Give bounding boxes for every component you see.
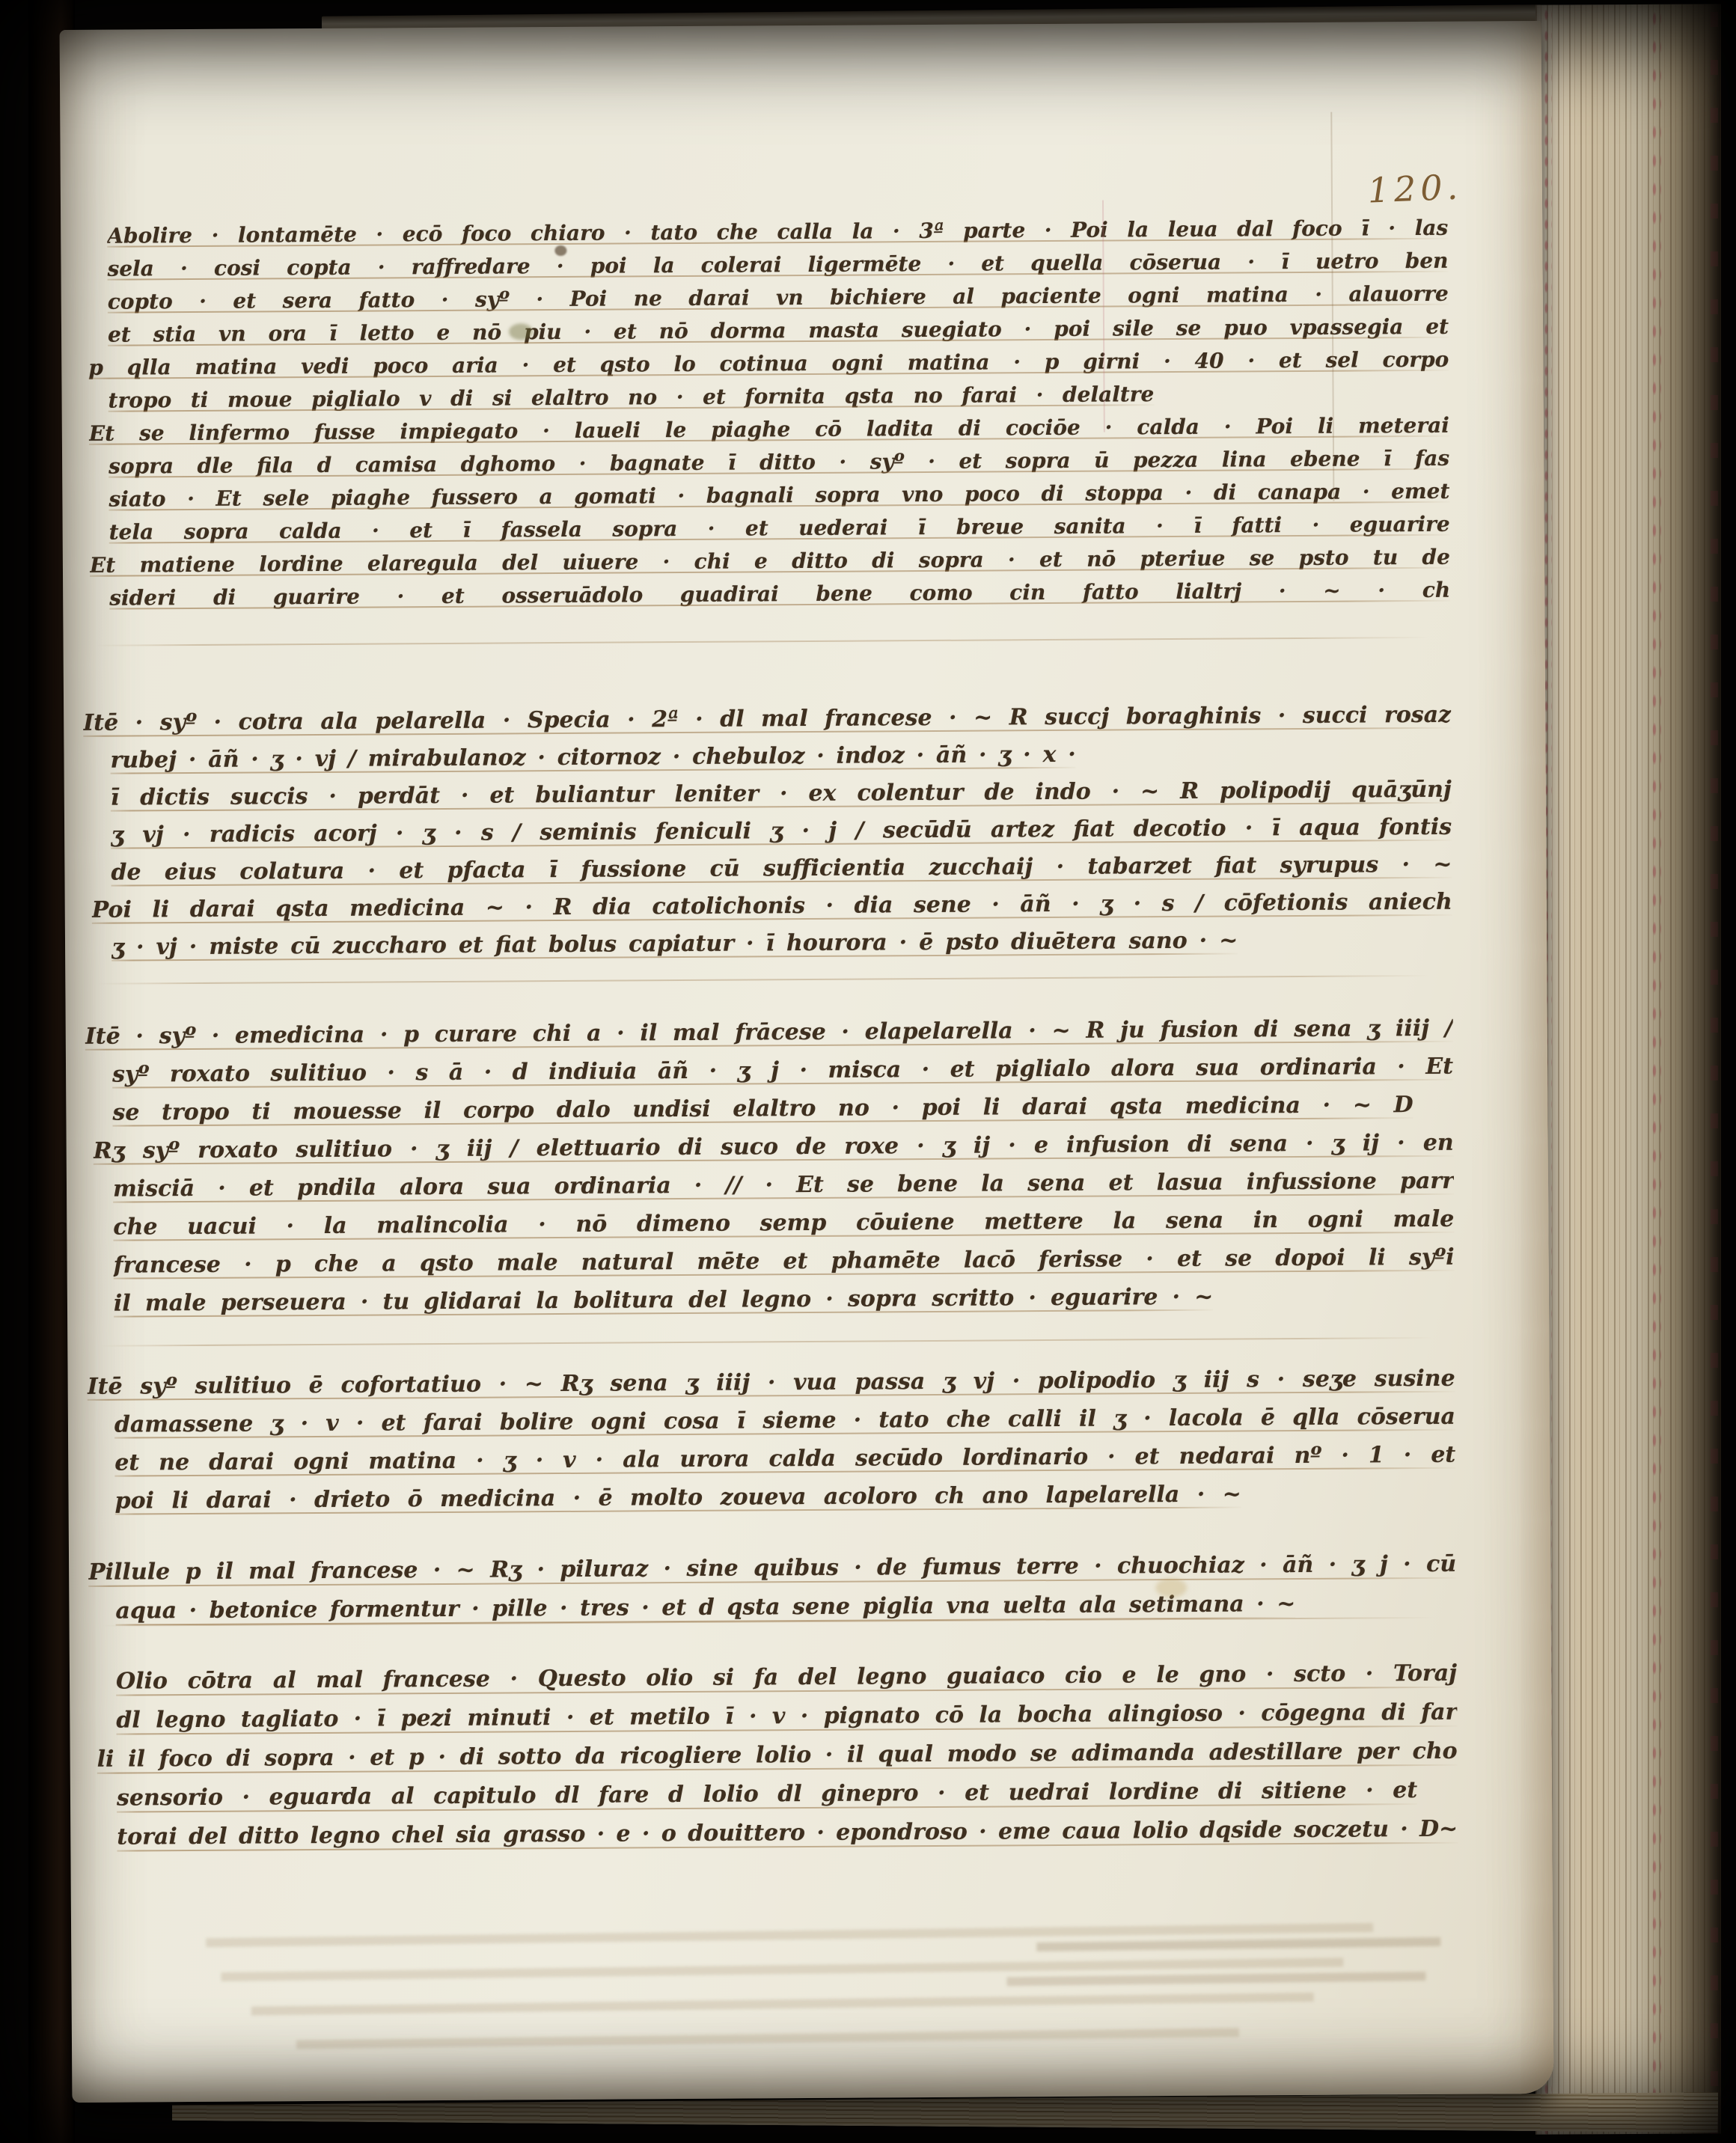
- manuscript-line: il male perseuera · tu glidarai la bolit…: [114, 1278, 1214, 1323]
- manuscript-line: ʒ · vj · miste cū zuccharo et fiat bolus…: [111, 922, 1238, 966]
- fore-edge-speckles: [1711, 4, 1718, 2134]
- fore-edge-speckles: [1651, 4, 1661, 2134]
- paper-stain: [509, 323, 533, 340]
- manuscript-line: poi li darai · drieto ō medicina · ē mol…: [114, 1475, 1241, 1520]
- verso-bleedthrough: [1006, 1972, 1425, 1986]
- manuscript-page: 120. Abolire · lontamēte · ecō foco chia…: [60, 21, 1554, 2103]
- paragraph-pillule: Pillule p il mal francese · ~ Rʒ · pilur…: [115, 1545, 1457, 1631]
- paragraph-syrup-pelarella: Itē · syº · cotra ala pelarella · Specia…: [110, 697, 1452, 967]
- paragraph-syrup-confortativo: Itē syº sulitiuo ē cofortatiuo · ~ Rʒ se…: [114, 1360, 1455, 1520]
- page-number: 120.: [1332, 165, 1498, 213]
- paragraph-regimen: Abolire · lontamēte · ecō foco chiaro · …: [107, 212, 1450, 615]
- verso-bleedthrough: [1036, 1937, 1440, 1951]
- blank-ruling-line: [97, 637, 1428, 646]
- manuscript-line: Itē · syº · cotra ala pelarella · Specia…: [83, 697, 1451, 742]
- verso-bleedthrough: [251, 1993, 1314, 2016]
- manuscript-line: aqua · betonice formentur · pille · tres…: [115, 1585, 1295, 1631]
- book-fore-edge: [1535, 4, 1721, 2134]
- ink-stain: [554, 245, 566, 256]
- manuscript-line: rubej · āñ · ʒ · vj / mirabulanoz · cito…: [110, 736, 1076, 780]
- manuscript-line: Poi li darai qsta medicina ~ · R dia cat…: [92, 884, 1452, 929]
- manuscript-line: francese · p che a qsto male natural mēt…: [113, 1238, 1454, 1285]
- verso-bleedthrough: [296, 2028, 1239, 2049]
- paragraph-medicine-mal-francese: Itē · syº · emedicina · p curare chi a ·…: [112, 1009, 1455, 1323]
- blank-ruling-line: [98, 975, 1430, 985]
- paragraph-olio-guaiaco: Olio cōtra al mal francese · Questo olio…: [116, 1654, 1458, 1857]
- manuscript-photo: 120. Abolire · lontamēte · ecō foco chia…: [0, 0, 1736, 2143]
- paper-stain: [1155, 1578, 1187, 1598]
- manuscript-line: et ne darai ogni matina · ʒ · v · ala ur…: [114, 1436, 1455, 1482]
- blank-ruling-line: [100, 1337, 1432, 1347]
- manuscript-line: torai del ditto legno chel sia grasso · …: [117, 1810, 1458, 1857]
